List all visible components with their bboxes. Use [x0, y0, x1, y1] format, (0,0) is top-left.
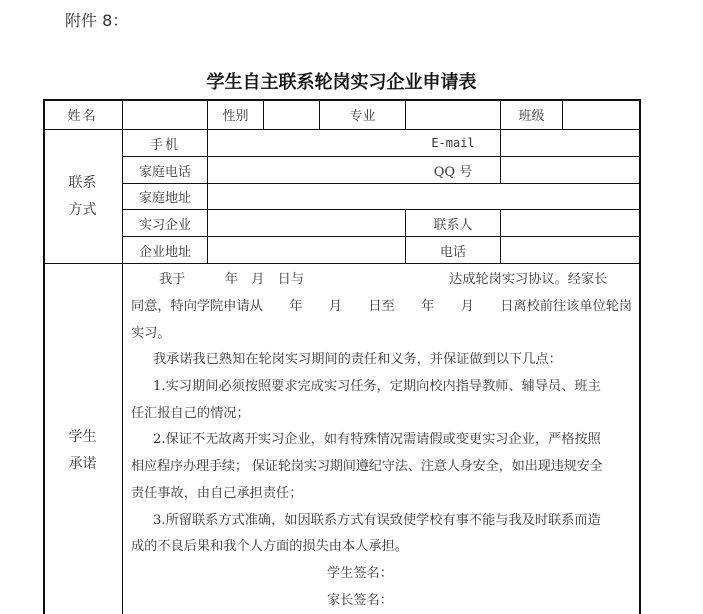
class-field[interactable] [563, 100, 639, 129]
form-title: 学生自主联系轮岗实习企业申请表 [0, 68, 683, 94]
contact-label-line2: 方式 [43, 197, 122, 224]
mobile-label: 手机 [123, 130, 207, 156]
parent-signature-field[interactable] [400, 589, 630, 613]
pledge-line: 责任事故，由自己承担责任； [131, 480, 631, 507]
table-border [43, 263, 640, 264]
student-signature-field[interactable] [400, 562, 630, 586]
pledge-line: 我承诺我已熟知在轮岗实习期间的责任和义务，并保证做到以下几点： [131, 346, 653, 373]
email-field[interactable] [501, 130, 639, 156]
name-field[interactable] [123, 100, 207, 129]
pledge-line: 同意，特向学院申请从 年 月 日至 年 月 日离校前往该单位轮岗 [131, 293, 631, 320]
gender-label: 性别 [208, 100, 263, 129]
home-address-field[interactable] [208, 184, 639, 209]
home-phone-label: 家庭电话 [123, 157, 207, 183]
pledge-label-line2: 承诺 [43, 451, 122, 478]
intern-company-label: 实习企业 [123, 210, 207, 236]
company-address-label: 企业地址 [123, 237, 207, 263]
pledge-line: 3.所留联系方式准确，如因联系方式有误致使学校有事不能与我及时联系而造 [131, 507, 653, 534]
name-label: 姓名 [43, 100, 122, 129]
pledge-line: 任汇报自己的情况； [131, 400, 631, 427]
gender-field[interactable] [264, 100, 319, 129]
phone-label: 电话 [406, 237, 500, 263]
intern-company-field[interactable] [208, 210, 405, 236]
pledge-line: 2.保证不无故离开实习企业，如有特殊情况需请假或变更实习企业，严格按照 [131, 426, 653, 453]
pledge-label-line1: 学生 [43, 424, 122, 451]
company-address-field[interactable] [208, 237, 405, 263]
phone-field[interactable] [501, 237, 639, 263]
email-label: E-mail [406, 130, 500, 156]
contact-person-field[interactable] [501, 210, 639, 236]
pledge-line: 相应程序办理手续； 保证轮岗实习期间遵纪守法、注意人身安全，如出现违规安全 [131, 453, 631, 480]
class-label: 班级 [501, 100, 562, 129]
contact-section-label: 联系 方式 [43, 170, 122, 224]
pledge-section-label: 学生 承诺 [43, 424, 122, 478]
home-address-label: 家庭地址 [123, 184, 207, 209]
qq-field[interactable] [501, 157, 639, 183]
contact-person-label: 联系人 [406, 210, 500, 236]
qq-label: QQ 号 [406, 157, 500, 183]
attachment-label: 附件 8： [65, 8, 128, 31]
pledge-line: 我于 年 月 日与 达成轮岗实习协议。经家长 [131, 266, 659, 293]
pledge-line: 成的不良后果和我个人方面的损失由本人承担。 [131, 533, 631, 560]
major-label: 专业 [320, 100, 405, 129]
pledge-line: 实习。 [131, 320, 631, 347]
pledge-line: 1.实习期间必须按照要求完成实习任务，定期向校内指导教师、辅导员、班主 [131, 373, 653, 400]
major-field[interactable] [406, 100, 500, 129]
contact-label-line1: 联系 [43, 170, 122, 197]
